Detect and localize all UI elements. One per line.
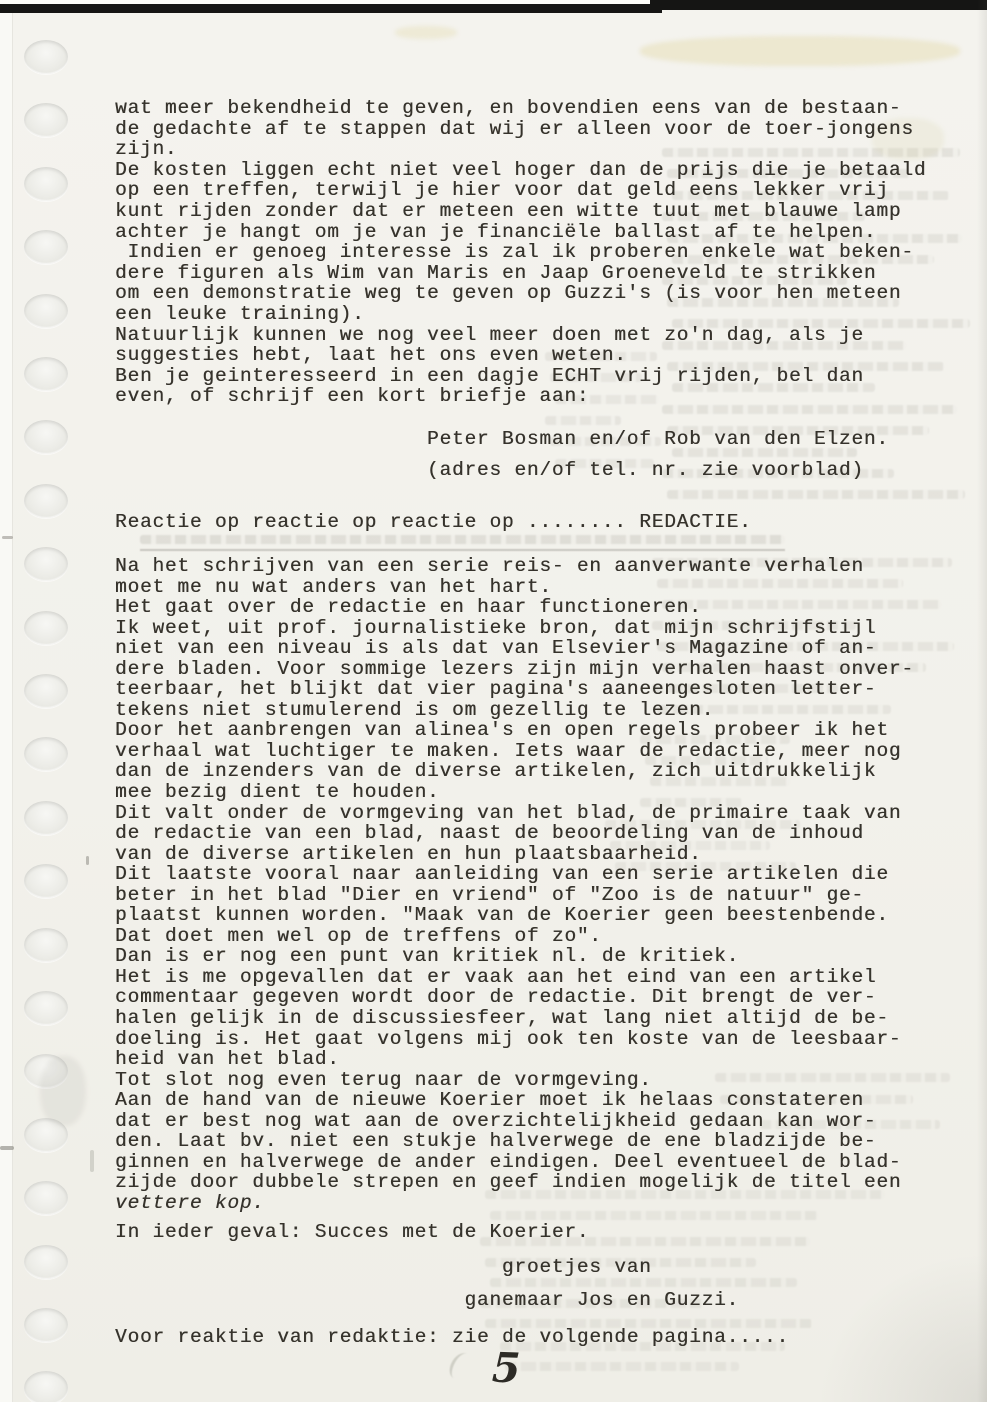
intro-paragraphs: wat meer bekendheid te geven, en bovendi…: [115, 98, 926, 407]
greeting: groetjes van: [115, 1257, 652, 1278]
text-line: (adres en/of tel. nr. zie voorblad): [115, 455, 889, 486]
text-line: ginnen en halverwege de ander eindigen. …: [115, 1152, 914, 1173]
text-line: op een treffen, terwijl je hier voor dat…: [115, 180, 926, 201]
text-line: Aan de hand van de nieuwe Koerier moet i…: [115, 1090, 914, 1111]
contact-names: Peter Bosman en/of Rob van den Elzen.(ad…: [115, 424, 889, 485]
text-line: Door het aanbrengen van alinea's en open…: [115, 720, 914, 741]
text-line: Het gaat over de redactie en haar functi…: [115, 597, 914, 618]
text-line: suggesties hebt, laat het ons even weten…: [115, 345, 926, 366]
text-line: Voor reaktie van redaktie: zie de volgen…: [115, 1327, 789, 1348]
signature: ganemaar Jos en Guzzi.: [115, 1290, 739, 1311]
text-line: kunt rijden zonder dat er meteen een wit…: [115, 201, 926, 222]
text-line: Ik weet, uit prof. journalistieke bron, …: [115, 618, 914, 639]
text-line: even, of schrijf een kort briefje aan:: [115, 386, 926, 407]
text-line: de gedachte af te stappen dat wij er all…: [115, 119, 926, 140]
next-page-note: Voor reaktie van redaktie: zie de volgen…: [115, 1327, 789, 1348]
text-line: Dit valt onder de vormgeving van het bla…: [115, 803, 914, 824]
text-line: doeling is. Het gaat volgens mij ook ten…: [115, 1029, 914, 1050]
scanned-page: wat meer bekendheid te geven, en bovendi…: [0, 0, 987, 1402]
text-line: De kosten liggen echt niet veel hoger da…: [115, 160, 926, 181]
text-line: commentaar gegeven wordt door de redacti…: [115, 987, 914, 1008]
text-line: een leuke training).: [115, 304, 926, 325]
text-line: zijn.: [115, 139, 926, 160]
text-line: heid van het blad.: [115, 1049, 914, 1070]
text-line: In ieder geval: Succes met de Koerier.: [115, 1222, 589, 1243]
text-line: Natuurlijk kunnen we nog veel meer doen …: [115, 325, 926, 346]
text-line: zijde door dubbele strepen en geef indie…: [115, 1172, 914, 1193]
text-line: Dat doet men wel op de treffens of zo".: [115, 926, 914, 947]
text-line: achter je hangt om je van je financiële …: [115, 222, 926, 243]
text-line: niet van een niveau is als dat van Elsev…: [115, 638, 914, 659]
text-line: moet me nu wat anders van het hart.: [115, 577, 914, 598]
text-line: tekens niet stumulerend is om gezellig t…: [115, 700, 914, 721]
redactie-article: Na het schrijven van een serie reis- en …: [115, 556, 914, 1214]
text-line: plaatst kunnen worden. "Maak van de Koer…: [115, 905, 914, 926]
text-line: mee bezig dient te houden.: [115, 782, 914, 803]
text-line: den. Laat bv. niet een stukje halverwege…: [115, 1131, 914, 1152]
text-line: dere bladen. Voor sommige lezers zijn mi…: [115, 659, 914, 680]
text-line: dat er best nog wat aan de overzichtelij…: [115, 1111, 914, 1132]
page-number: 5: [491, 1344, 521, 1393]
text-line: Dan is er nog een punt van kritiek nl. d…: [115, 946, 914, 967]
text-line: Na het schrijven van een serie reis- en …: [115, 556, 914, 577]
text-line: ganemaar Jos en Guzzi.: [115, 1290, 739, 1311]
typewritten-text: wat meer bekendheid te geven, en bovendi…: [0, 0, 987, 1402]
text-line: dan de inzenders van de diverse artikele…: [115, 761, 914, 782]
text-line: halen gelijk in de discussiesfeer, wat l…: [115, 1008, 914, 1029]
text-line: Indien er genoeg interesse is zal ik pro…: [115, 242, 926, 263]
text-line: Tot slot nog even terug naar de vormgevi…: [115, 1070, 914, 1091]
text-line: Dit laatste vooral naar aanleiding van e…: [115, 864, 914, 885]
text-line: van de diverse artikelen en hun plaatsba…: [115, 844, 914, 865]
text-line: wat meer bekendheid te geven, en bovendi…: [115, 98, 926, 119]
text-line: om een demonstratie weg te geven op Guzz…: [115, 283, 926, 304]
text-line: teerbaar, het blijkt dat vier pagina's a…: [115, 679, 914, 700]
text-line: Het is me opgevallen dat er vaak aan het…: [115, 967, 914, 988]
closing-line: In ieder geval: Succes met de Koerier.: [115, 1222, 589, 1243]
text-line: de redactie van een blad, naast de beoor…: [115, 823, 914, 844]
text-line: Peter Bosman en/of Rob van den Elzen.: [115, 424, 889, 455]
text-line: vettere kop.: [115, 1193, 914, 1214]
text-line: groetjes van: [115, 1257, 652, 1278]
text-line: dere figuren als Wim van Maris en Jaap G…: [115, 263, 926, 284]
text-line: Ben je geinteresseerd in een dagje ECHT …: [115, 366, 926, 387]
text-line: Reactie op reactie op reactie op .......…: [115, 512, 752, 533]
text-line: beter in het blad "Dier en vriend" of "Z…: [115, 885, 914, 906]
text-line: verhaal wat luchtiger te maken. Iets waa…: [115, 741, 914, 762]
section-heading: Reactie op reactie op reactie op .......…: [115, 512, 752, 533]
